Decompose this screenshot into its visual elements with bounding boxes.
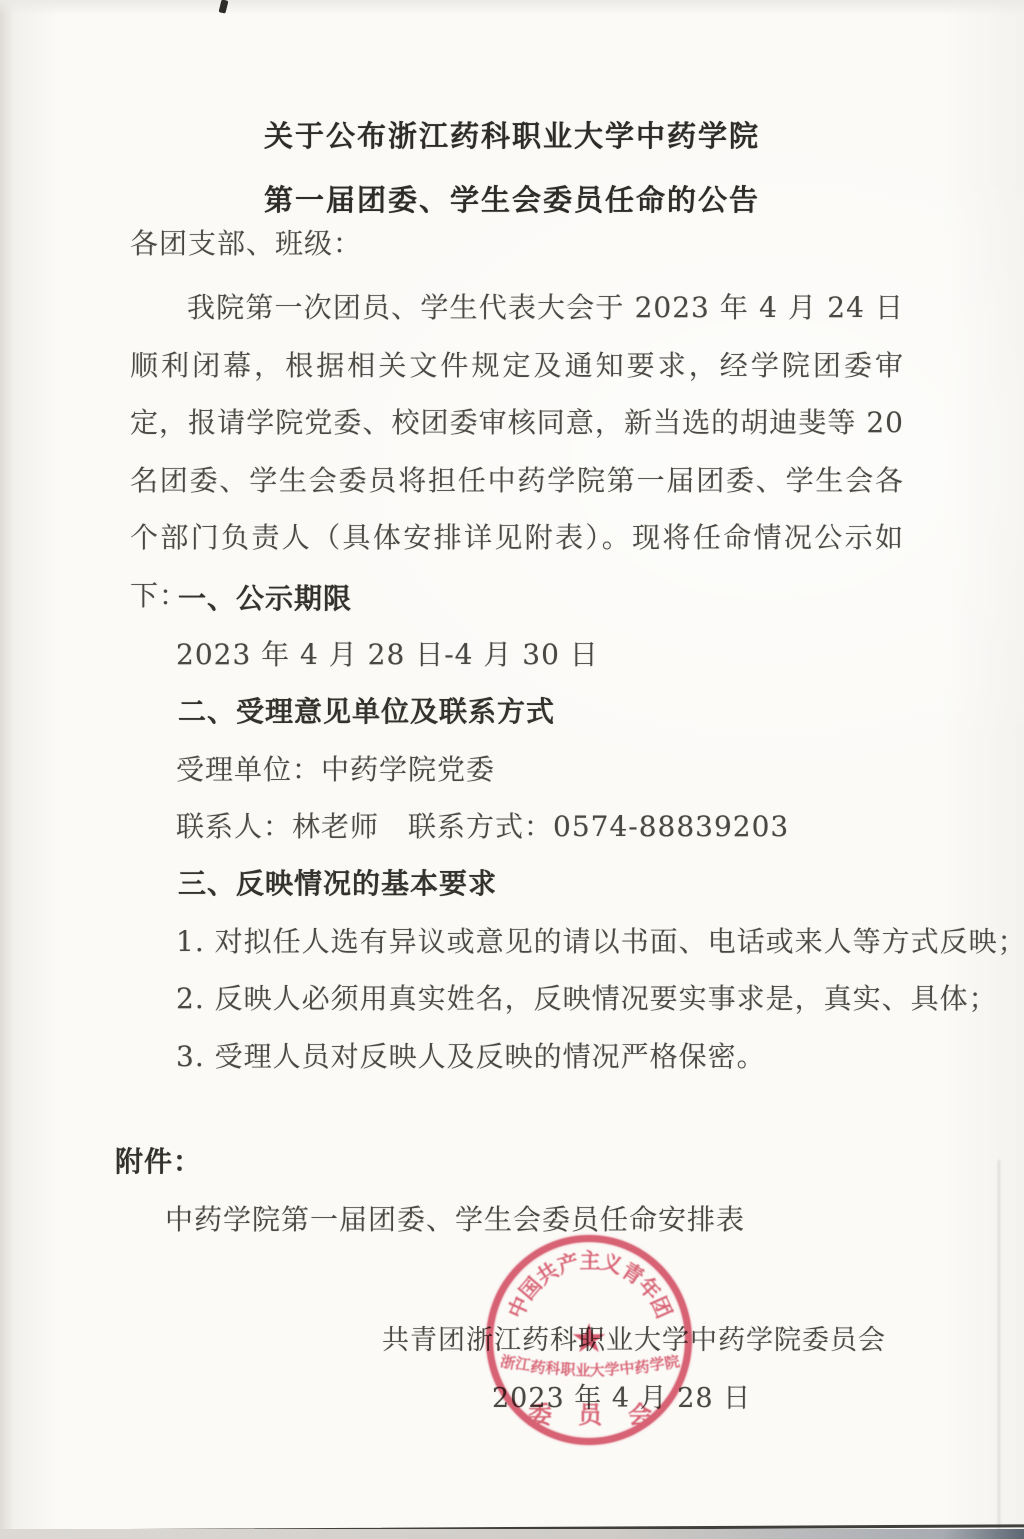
salutation: 各团支部、班级： (130, 222, 362, 262)
requirement-item-3: 3. 受理人员对反映人及反映的情况严格保密。 (176, 1035, 766, 1075)
section-3-heading: 三、反映情况的基本要求 (178, 862, 497, 902)
intro-paragraph: 我院第一次团员、学生代表大会于 2023 年 4 月 24 日顺利闭幕，根据相关… (130, 279, 904, 624)
section-1-heading: 一、公示期限 (178, 577, 352, 617)
section-2-heading: 二、受理意见单位及联系方式 (178, 690, 555, 730)
document-title-line2: 第一届团委、学生会委员任命的公告 (0, 178, 1024, 219)
accepting-unit: 受理单位：中药学院党委 (176, 748, 495, 788)
paper-top-edge (0, 0, 1024, 16)
attachment-label: 附件： (115, 1140, 202, 1180)
scan-background-strip (0, 1529, 1024, 1539)
requirement-item-2: 2. 反映人必须用真实姓名，反映情况要实事求是，真实、具体； (176, 977, 998, 1017)
document-title-line1: 关于公布浙江药科职业大学中药学院 (0, 114, 1024, 155)
publicity-period: 2023 年 4 月 28 日-4 月 30 日 (176, 633, 599, 673)
contact-info: 联系人：林老师 联系方式：0574-88839203 (176, 805, 789, 845)
scanned-page: 关于公布浙江药科职业大学中药学院 第一届团委、学生会委员任命的公告 各团支部、班… (0, 0, 1024, 1530)
official-seal: 中国共产主义青年团 浙江药科职业大学中药学院 委员会 (484, 1232, 696, 1448)
paper-crease (998, 1160, 1000, 1530)
requirement-item-1: 1. 对拟任人选有异议或意见的请以书面、电话或来人等方式反映； (176, 920, 1024, 960)
seal-bottom-text: 委员会 (484, 1395, 696, 1430)
